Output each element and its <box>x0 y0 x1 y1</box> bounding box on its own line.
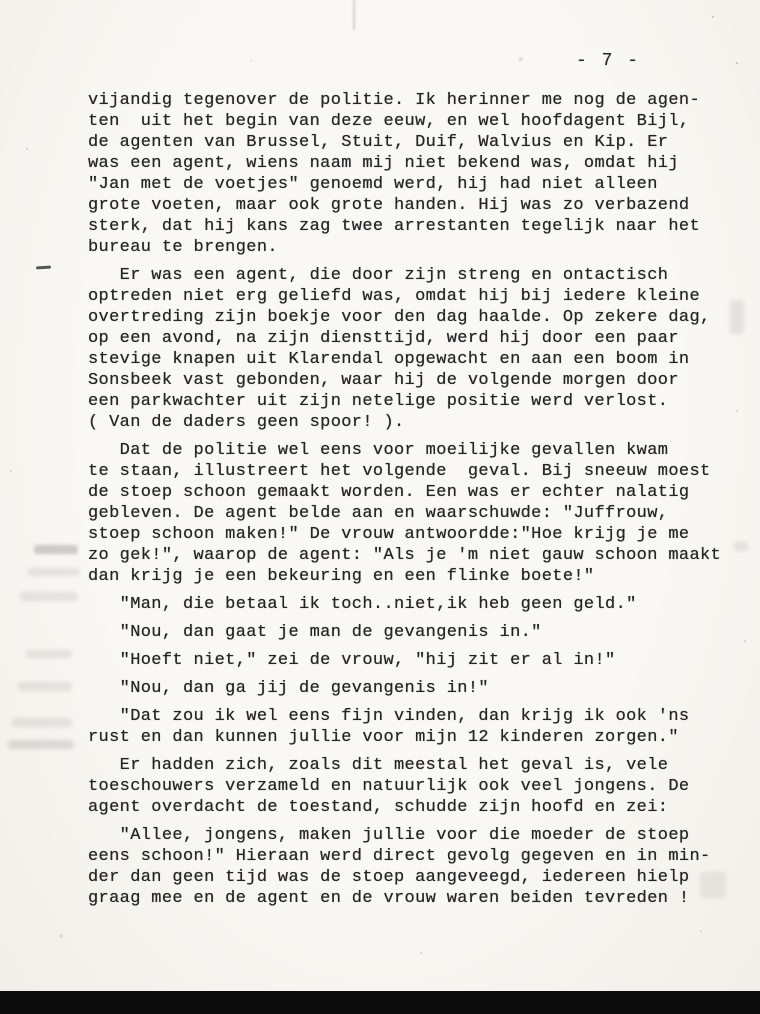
paragraph-snow-stoop-warning: Dat de politie wel eens voor moeilijke g… <box>88 440 733 587</box>
scan-smudge <box>20 592 78 601</box>
scan-smudge <box>8 740 74 749</box>
margin-dash-mark <box>36 265 51 269</box>
scan-smudge <box>700 872 726 898</box>
scan-smudge <box>26 650 72 658</box>
dialogue-line-twelve-children: "Dat zou ik wel eens fijn vinden, dan kr… <box>88 706 733 748</box>
scan-smudge <box>34 545 78 554</box>
page-number: - 7 - <box>576 50 640 72</box>
scan-smudge <box>734 542 748 551</box>
scan-smudge <box>12 718 72 727</box>
dialogue-line-no-money: "Man, die betaal ik toch..niet,ik heb ge… <box>88 594 733 615</box>
scan-smudge <box>730 300 744 334</box>
scan-smudge <box>18 682 72 691</box>
dialogue-line-you-to-prison: "Nou, dan ga jij de gevangenis in!" <box>88 678 733 699</box>
document-text-block: vijandig tegenover de politie. Ik herinn… <box>88 90 733 916</box>
paragraph-agents-of-the-century: vijandig tegenover de politie. Ik herinn… <box>88 90 733 258</box>
scan-noise-specks <box>0 0 2 2</box>
paragraph-strict-agent-tied-to-tree: Er was een agent, die door zijn streng e… <box>88 265 733 433</box>
dialogue-line-husband-to-prison: "Nou, dan gaat je man de gevangenis in." <box>88 622 733 643</box>
paragraph-boys-sweep-stoop: "Allee, jongens, maken jullie voor die m… <box>88 825 733 909</box>
paragraph-crowd-gathered: Er hadden zich, zoals dit meestal het ge… <box>88 755 733 818</box>
scan-edge-bottom-band <box>0 991 760 1014</box>
dialogue-line-already-in-prison: "Hoeft niet," zei de vrouw, "hij zit er … <box>88 650 733 671</box>
scanned-document-page: - 7 - vijandig tegenover de politie. Ik … <box>0 0 760 1014</box>
scan-crease-mark <box>353 0 355 30</box>
scan-smudge <box>28 568 80 576</box>
